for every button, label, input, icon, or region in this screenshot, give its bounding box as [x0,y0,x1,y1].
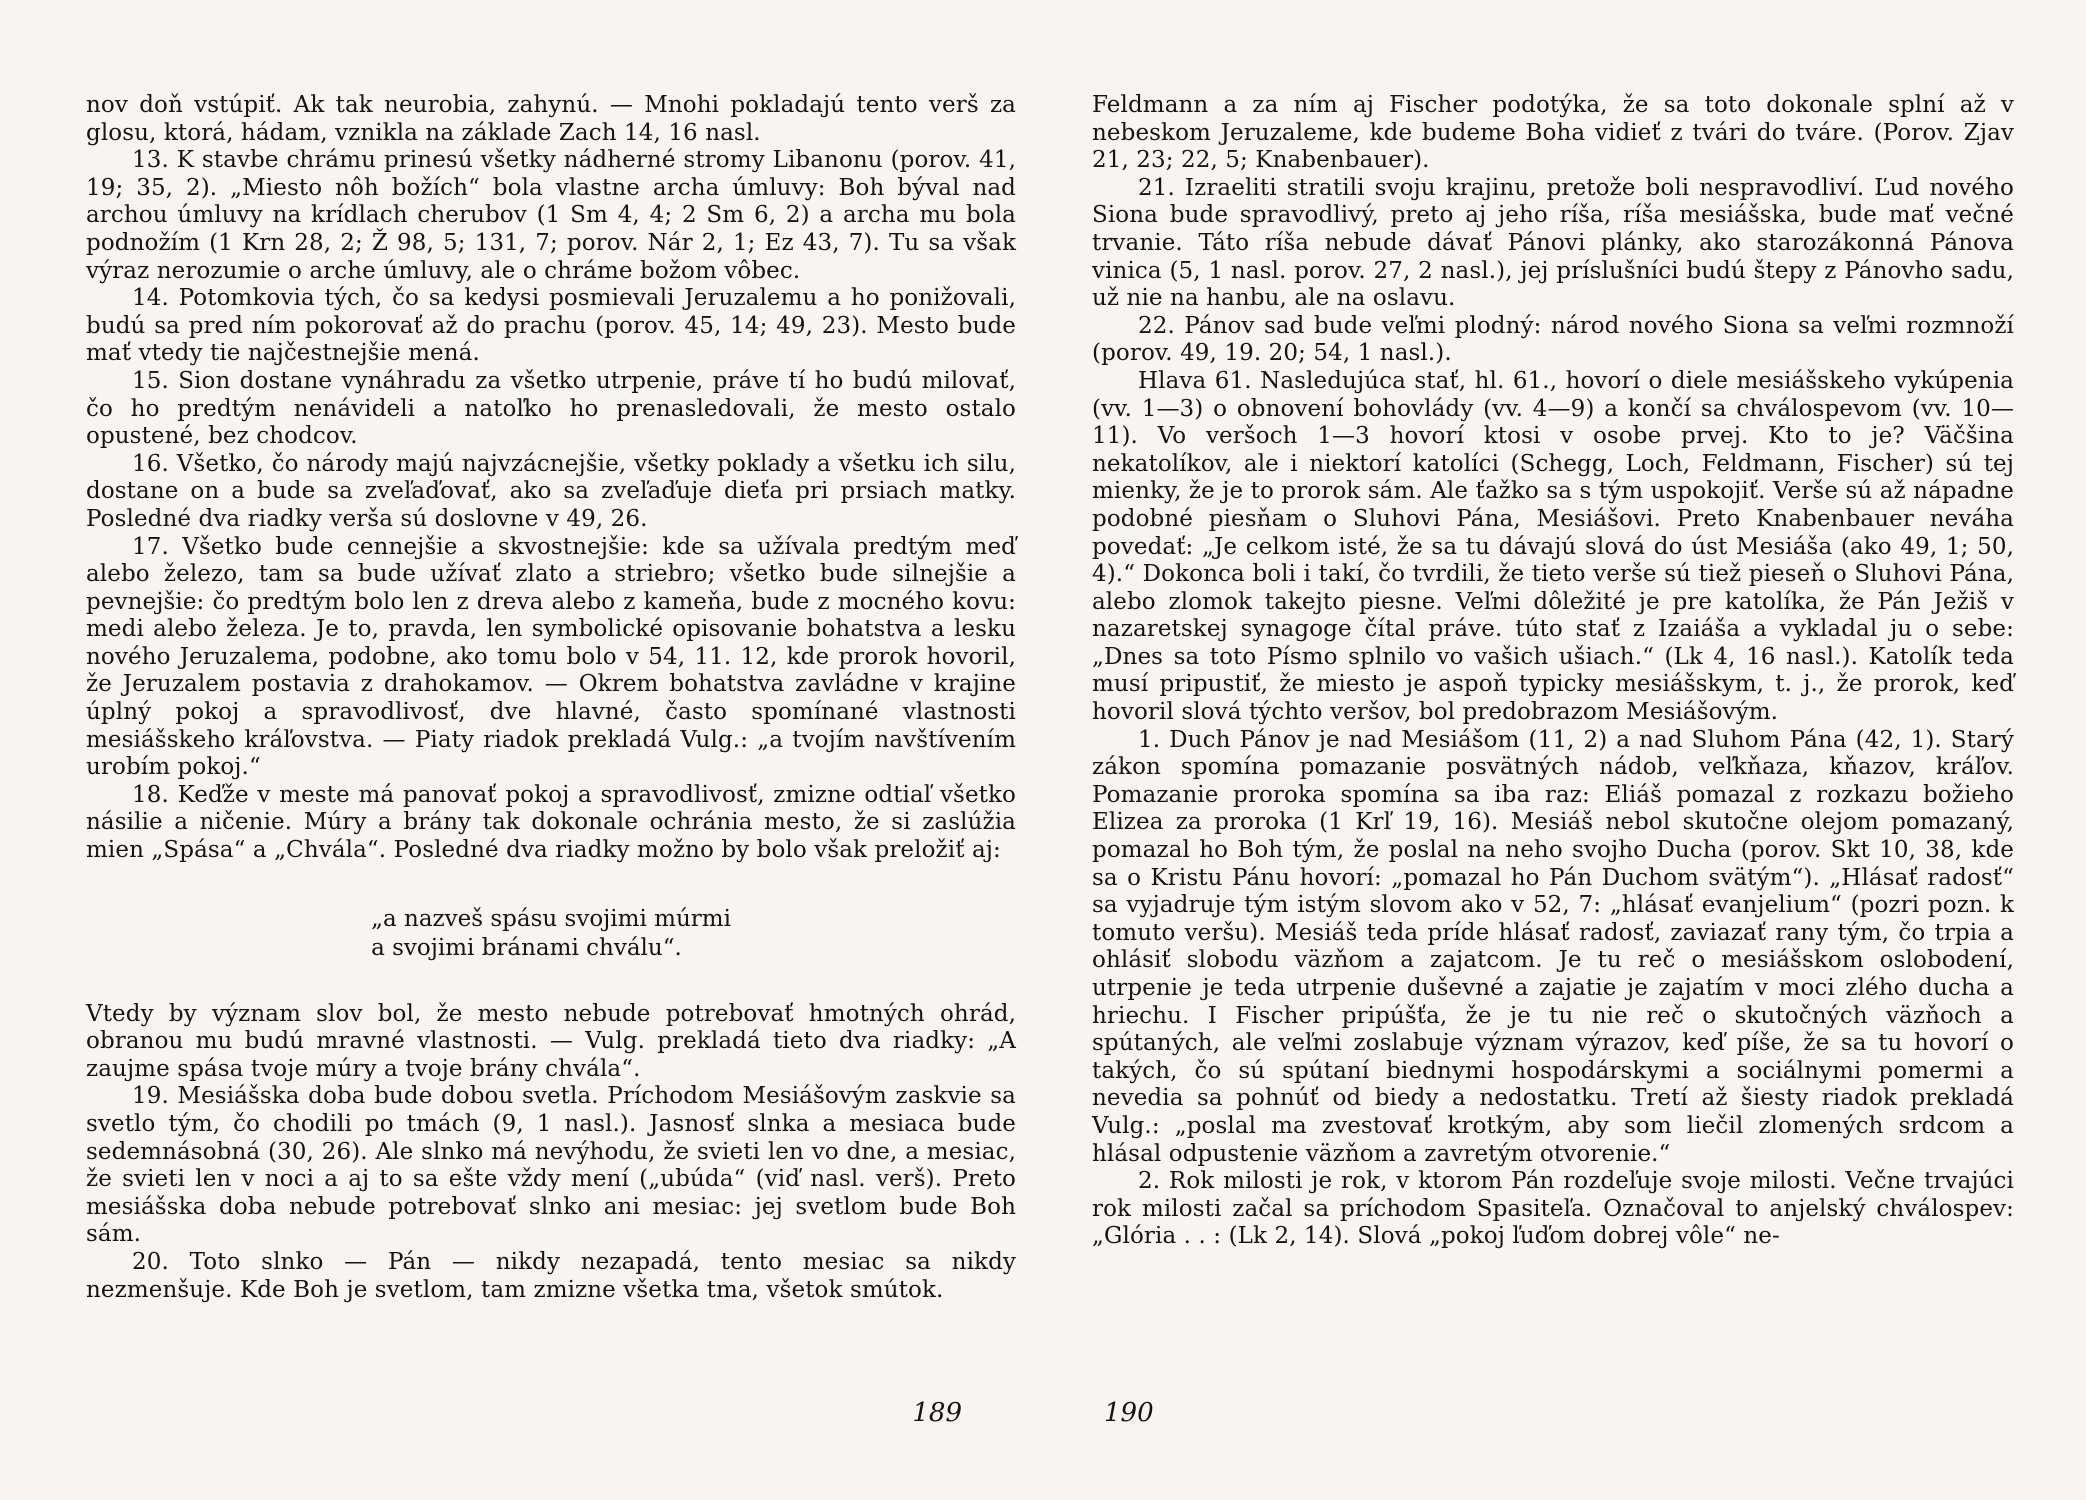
page-189: nov doň vstúpiť. Ak tak neurobia, zahynú… [86,92,1016,1304]
paragraph: 1. Duch Pánov je nad Mesiášom (11, 2) a … [1092,727,2014,1169]
page-number-right: 190 [1104,1398,1154,1428]
verse-block: „a nazveš spásu svojimi múrmi a svojimi … [86,905,1016,963]
paragraph: 2. Rok milosti je rok, v ktorom Pán rozd… [1092,1168,2014,1251]
paragraph: 16. Všetko, čo národy majú najvzácnejšie… [86,451,1016,534]
paragraph: 19. Mesiášska doba bude dobou svetla. Pr… [86,1083,1016,1249]
paragraph: 21. Izraeliti stratili svoju krajinu, pr… [1092,175,2014,313]
verse-inner: „a nazveš spásu svojimi múrmi a svojimi … [371,905,731,963]
paragraph: 13. K stavbe chrámu prinesú všetky nádhe… [86,147,1016,285]
paragraph: 22. Pánov sad bude veľmi plodný: národ n… [1092,313,2014,368]
paragraph: 14. Potomkovia tých, čo sa kedysi posmie… [86,285,1016,368]
paragraph: Vtedy by význam slov bol, že mesto nebud… [86,1001,1016,1084]
paragraph: 20. Toto slnko — Pán — nikdy nezapadá, t… [86,1249,1016,1304]
paragraph: 18. Keďže v meste má panovať pokoj a spr… [86,782,1016,865]
paragraph: Feldmann a za ním aj Fischer podotýka, ž… [1092,92,2014,175]
verse-line: „a nazveš spásu svojimi múrmi [371,905,731,934]
paragraph: 15. Sion dostane vynáhradu za všetko utr… [86,368,1016,451]
verse-line: a svojimi bránami chválu“. [371,934,731,963]
paragraph: 17. Všetko bude cennejšie a skvostnejšie… [86,534,1016,782]
page-number-left: 189 [86,1398,1016,1428]
paragraph: nov doň vstúpiť. Ak tak neurobia, zahynú… [86,92,1016,147]
page-190: Feldmann a za ním aj Fischer podotýka, ž… [1092,92,2014,1251]
book-scan-spread: nov doň vstúpiť. Ak tak neurobia, zahynú… [0,0,2086,1500]
paragraph: Hlava 61. Nasledujúca stať, hl. 61., hov… [1092,368,2014,727]
